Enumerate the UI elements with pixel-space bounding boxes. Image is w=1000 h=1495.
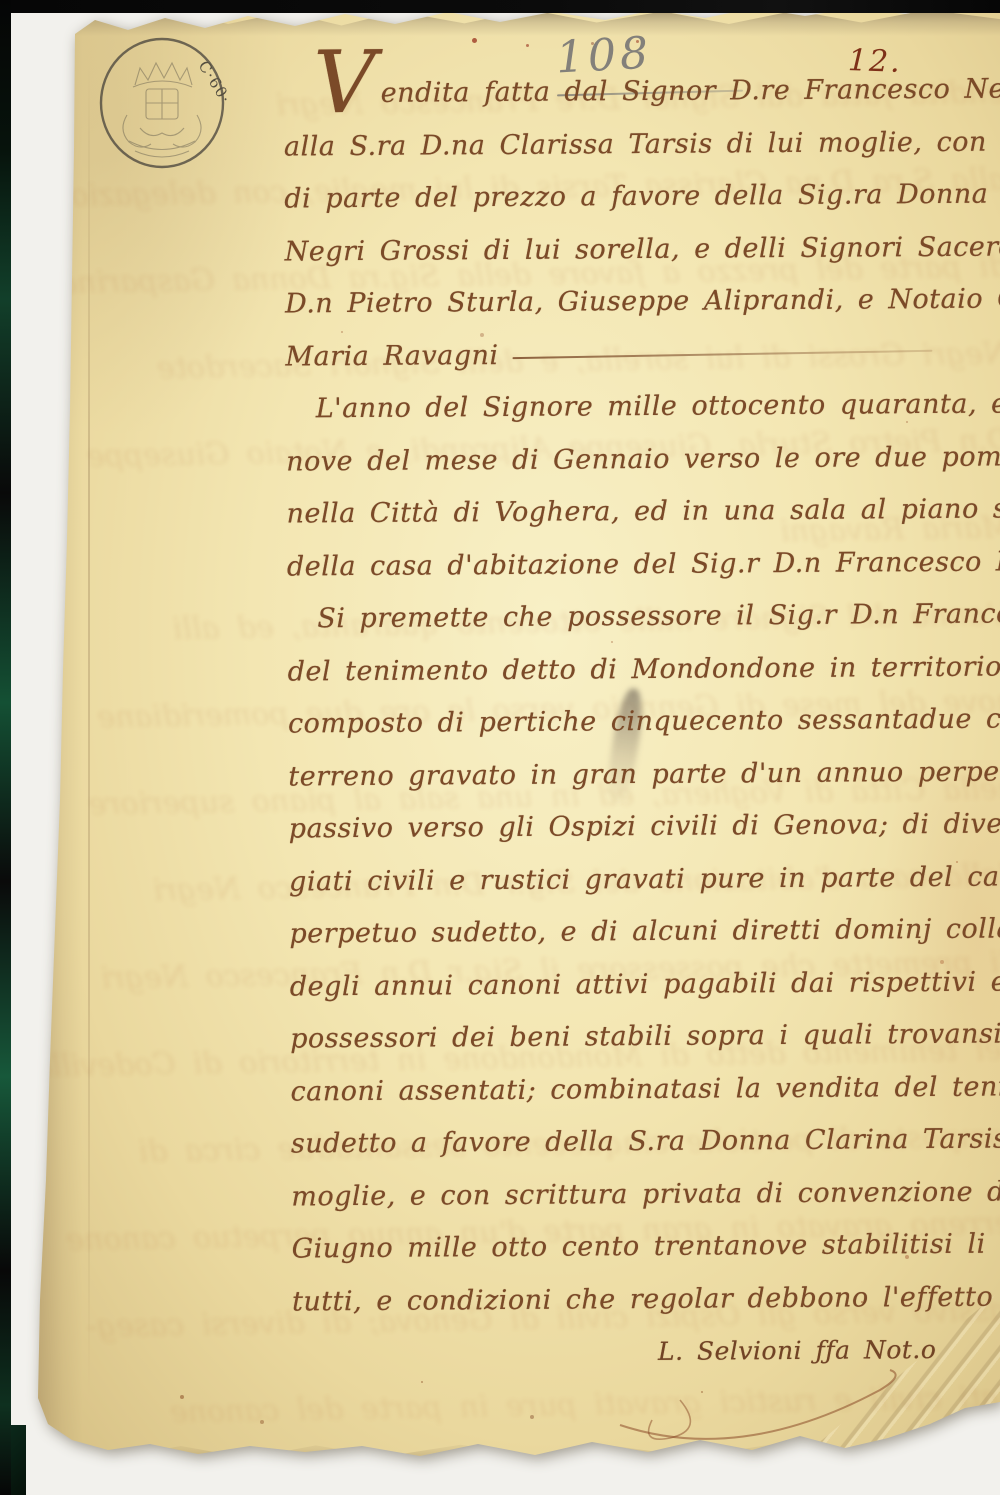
- manuscript-line: tutti, e condizioni che regolar debbono …: [292, 1271, 1000, 1328]
- manuscript-line: sudetto a favore della S.ra Donna Clarin…: [291, 1114, 1000, 1171]
- manuscript-line: della casa d'abitazione del Sig.r D.n Fr…: [287, 536, 999, 593]
- line-text: canoni assentati; combinatasi la vendita…: [290, 1070, 1000, 1107]
- manuscript-line: possessori dei beni stabili sopra i qual…: [290, 1009, 1000, 1066]
- revenue-stamp: C·60·: [95, 33, 230, 173]
- foxing-spots: [180, 1395, 184, 1399]
- line-text: sudetto a favore della S.ra Donna Clarin…: [291, 1123, 1000, 1160]
- line-text: D.n Pietro Sturla, Giuseppe Aliprandi, e…: [285, 283, 1000, 320]
- line-text: della casa d'abitazione del Sig.r D.n Fr…: [287, 545, 1000, 582]
- line-text: endita fatta dal Signor D.re Francesco N…: [381, 73, 1000, 109]
- manuscript-line: nella Città di Voghera, ed in una sala a…: [286, 484, 998, 541]
- line-text: alla S.ra D.na Clarissa Tarsis di lui mo…: [284, 125, 1000, 162]
- manuscript-line: Maria Ravagni: [285, 326, 997, 383]
- manuscript-line: perpetuo sudetto, e di alcuni diretti do…: [289, 904, 1000, 961]
- manuscript-line: D.n Pietro Sturla, Giuseppe Aliprandi, e…: [285, 274, 997, 331]
- line-text: moglie, e con scrittura privata di conve…: [291, 1175, 1000, 1212]
- manuscript-line: passivo verso gli Ospizi civili di Genov…: [289, 799, 1000, 856]
- line-text: Maria Ravagni: [285, 340, 498, 372]
- line-text: perpetuo sudetto, e di alcuni diretti do…: [289, 913, 1000, 950]
- manuscript-line: giati civili e rustici gravati pure in p…: [289, 851, 1000, 908]
- manuscript-line: Negri Grossi di lui sorella, e delli Sig…: [285, 221, 997, 278]
- scanner-edge-top: [0, 0, 1000, 13]
- signature-flourish: [560, 1330, 960, 1470]
- manuscript-line: Si premette che possessore il Sig.r D.n …: [287, 589, 999, 646]
- manuscript-line: di parte del prezzo a favore della Sig.r…: [284, 169, 996, 226]
- manuscript-line: canoni assentati; combinatasi la vendita…: [290, 1061, 1000, 1118]
- drop-cap: V: [313, 33, 376, 133]
- manuscript-text: Vendita fatta dal Signor D.re Francesco …: [283, 64, 1000, 1381]
- stamp-value-text: C·60·: [195, 58, 230, 108]
- ink-dots: [472, 38, 477, 43]
- scanner-edge-left: [0, 0, 11, 1495]
- line-text: nella Città di Voghera, ed in una sala a…: [286, 493, 1000, 530]
- line-text: L'anno del Signore mille ottocento quara…: [316, 388, 1000, 424]
- manuscript-line: composto di pertiche cinquecento sessant…: [288, 694, 1000, 751]
- scanned-sheet-wrapper: endita fatta dal Signor D.re Francesco N…: [0, 0, 1000, 1495]
- pen-flourish-rule: [513, 349, 933, 358]
- line-text: terreno gravato in gran parte d'un annuo…: [288, 755, 1000, 792]
- manuscript-line: del tenimento detto di Mondondone in ter…: [287, 641, 999, 698]
- manuscript-line: alla S.ra D.na Clarissa Tarsis di lui mo…: [284, 116, 996, 173]
- manuscript-line: Giugno mille otto cento trentanove stabi…: [291, 1219, 1000, 1276]
- line-text: Negri Grossi di lui sorella, e delli Sig…: [285, 231, 1000, 267]
- line-text: tutti, e condizioni che regolar debbono …: [292, 1281, 1000, 1317]
- stamp-seal-icon: C·60·: [95, 33, 230, 173]
- manuscript-line: degli annui canoni attivi pagabili dai r…: [290, 956, 1000, 1013]
- line-text: passivo verso gli Ospizi civili di Genov…: [289, 808, 1000, 845]
- line-text: composto di pertiche cinquecento sessant…: [288, 703, 1000, 740]
- manuscript-line: L'anno del Signore mille ottocento quara…: [286, 379, 998, 436]
- line-text: Si premette che possessore il Sig.r D.n …: [317, 597, 1000, 634]
- line-text: Giugno mille otto cento trentanove stabi…: [292, 1228, 1000, 1264]
- line-text: giati civili e rustici gravati pure in p…: [289, 861, 1000, 897]
- manuscript-line: Vendita fatta dal Signor D.re Francesco …: [283, 64, 995, 121]
- line-text: degli annui canoni attivi pagabili dai r…: [290, 965, 1000, 1002]
- manuscript-page: endita fatta dal Signor D.re Francesco N…: [0, 0, 1000, 1495]
- line-text: di parte del prezzo a favore della Sig.r…: [284, 177, 1000, 214]
- line-text: nove del mese di Gennaio verso le ore du…: [286, 440, 1000, 477]
- manuscript-line: moglie, e con scrittura privata di conve…: [291, 1166, 1000, 1223]
- manuscript-line: terreno gravato in gran parte d'un annuo…: [288, 746, 1000, 803]
- line-text: del tenimento detto di Mondondone in ter…: [288, 650, 1000, 687]
- manuscript-line: nove del mese di Gennaio verso le ore du…: [286, 431, 998, 488]
- line-text: possessori dei beni stabili sopra i qual…: [290, 1018, 1000, 1055]
